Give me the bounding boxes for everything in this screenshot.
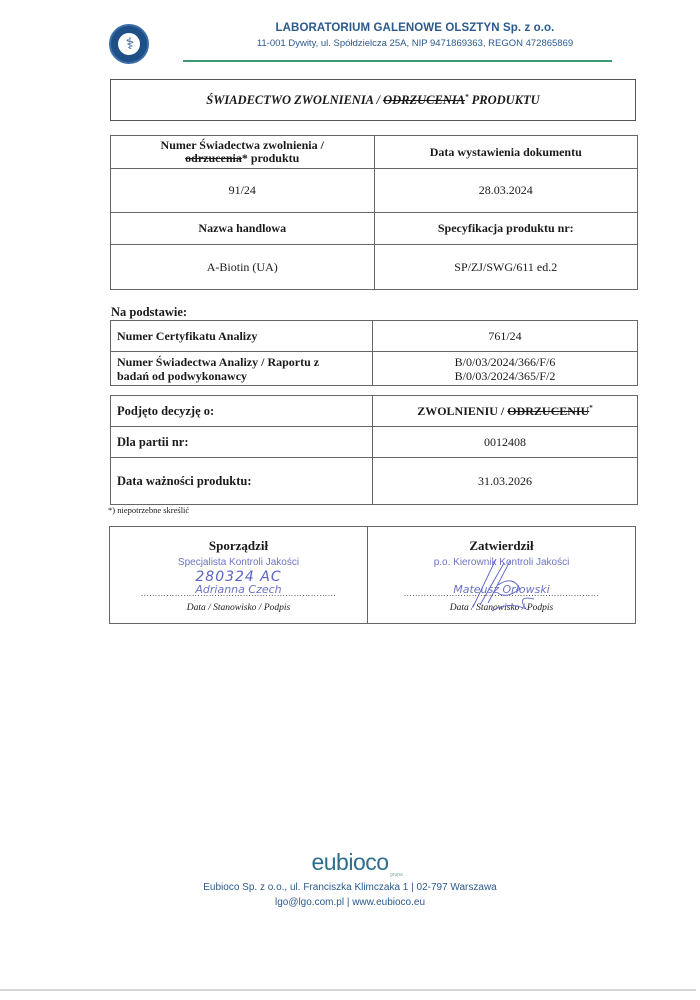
issue-date-value: 28.03.2024 [374,169,638,213]
document-title: ŚWIADECTWO ZWOLNIENIA / ODRZUCENIA* PROD… [206,93,539,108]
page-edge [0,989,696,991]
document-title-box: ŚWIADECTWO ZWOLNIENIA / ODRZUCENIA* PROD… [110,79,636,121]
footnote: *) niepotrzebne skreślić [108,505,189,515]
eubioco-logo: eubioco [0,849,700,876]
cert-number-label: Numer Świadectwa zwolnienia / odrzucenia… [111,136,375,169]
prepared-by-box: Sporządził Specjalista Kontroli Jakości … [109,526,368,624]
coa-number-value: 761/24 [373,321,638,352]
coa-number-label: Numer Certyfikatu Analizy [111,321,373,352]
basis-table: Numer Certyfikatu Analizy 761/24 Numer Ś… [110,320,638,386]
subcontractor-report-values: B/0/03/2024/366/F/6B/0/03/2024/365/F/2 [373,352,638,386]
footer-address: Eubioco Sp. z o.o., ul. Franciszka Klimc… [0,882,700,893]
approved-by-role: Zatwierdził [368,538,635,554]
batch-value: 0012408 [373,427,638,458]
prepared-by-position-stamp: Specjalista Kontroli Jakości [110,557,367,568]
eubioco-logo-subtitle: grupa [390,872,403,878]
trade-name-label: Nazwa handlowa [111,213,375,245]
prepared-by-caption: Data / Stanowisko / Podpis [110,603,367,613]
handwritten-signature-scribble [458,555,548,613]
batch-label: Dla partii nr: [111,427,373,458]
prepared-by-role: Sporządził [110,538,367,554]
expiry-label: Data ważności produktu: [111,458,373,505]
company-logo: ⚕ [109,24,149,64]
caduceus-icon: ⚕ [118,34,142,54]
approved-by-box: Zatwierdził p.o. Kierownik Kontroli Jako… [368,526,636,624]
company-address: 11-001 Dywity, ul. Spółdzielcza 25A, NIP… [150,38,680,49]
decision-label: Podjęto decyzję o: [111,396,373,427]
footer-contact: lgo@lgo.com.pl | www.eubioco.eu [0,897,700,908]
document-info-table: Numer Świadectwa zwolnienia / odrzucenia… [110,135,638,290]
signature-line: …………………………………………………………… [110,589,367,598]
spec-label: Specyfikacja produktu nr: [374,213,638,245]
trade-name-value: A-Biotin (UA) [111,245,375,290]
issue-date-label: Data wystawienia dokumentu [374,136,638,169]
company-name: LABORATORIUM GALENOWE OLSZTYN Sp. z o.o. [150,22,680,34]
decision-value: ZWOLNIENIU / ODRZUCENIU* [373,396,638,427]
header-divider [183,60,612,62]
basis-label: Na podstawie: [111,305,187,320]
spec-value: SP/ZJ/SWG/611 ed.2 [374,245,638,290]
cert-number-value: 91/24 [111,169,375,213]
subcontractor-report-label: Numer Świadectwa Analizy / Raportu zbada… [111,352,373,386]
decision-table: Podjęto decyzję o: ZWOLNIENIU / ODRZUCEN… [110,395,638,505]
expiry-value: 31.03.2026 [373,458,638,505]
